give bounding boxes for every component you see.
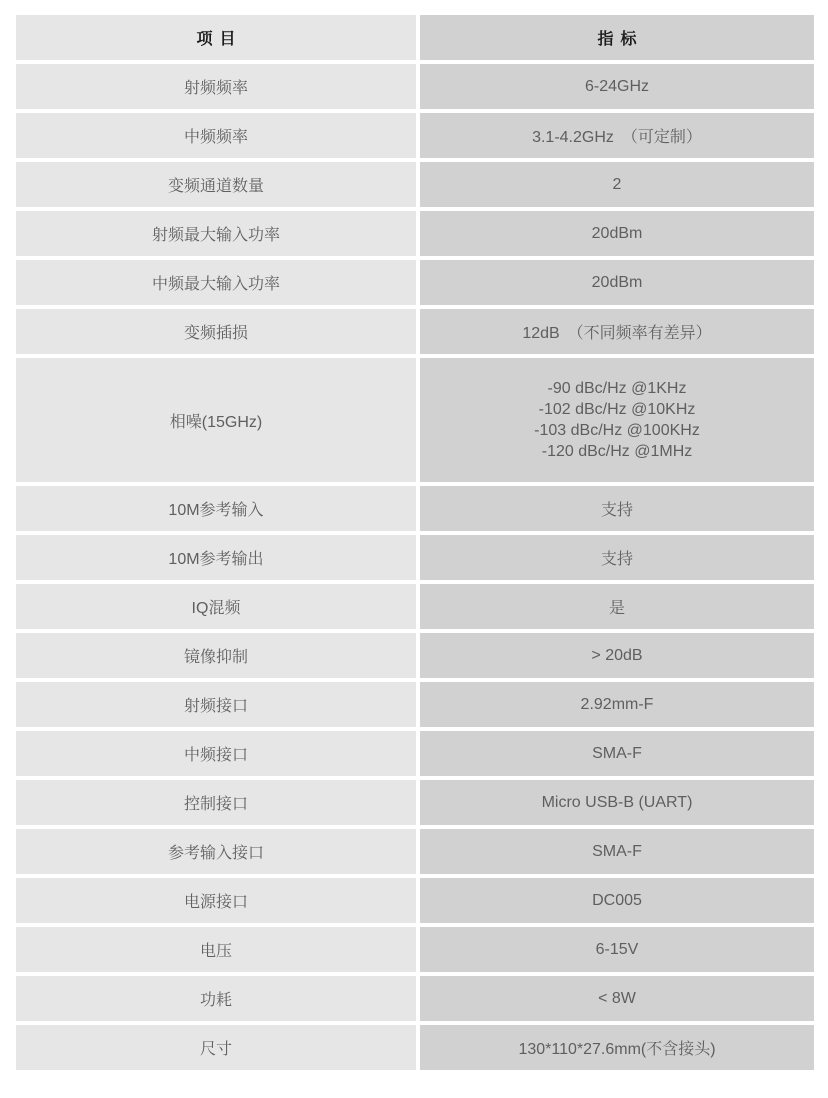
item-cell: 变频插损 [16, 309, 416, 354]
table-row: 射频接口2.92mm-F [16, 682, 814, 727]
item-cell: 中频接口 [16, 731, 416, 776]
table-row: 功耗< 8W [16, 976, 814, 1021]
value-cell: DC005 [420, 878, 814, 923]
item-cell: 中频最大输入功率 [16, 260, 416, 305]
table-row: 变频通道数量2 [16, 162, 814, 207]
value-cell: > 20dB [420, 633, 814, 678]
item-cell: 射频接口 [16, 682, 416, 727]
value-cell: 20dBm [420, 211, 814, 256]
value-cell: -90 dBc/Hz @1KHz-102 dBc/Hz @10KHz-103 d… [420, 358, 814, 482]
value-line: -103 dBc/Hz @100KHz [534, 420, 700, 441]
table-row: 参考输入接口SMA-F [16, 829, 814, 874]
value-cell: Micro USB-B (UART) [420, 780, 814, 825]
item-cell: 10M参考输出 [16, 535, 416, 580]
value-cell: 支持 [420, 535, 814, 580]
value-line: -102 dBc/Hz @10KHz [539, 399, 696, 420]
item-cell: 相噪(15GHz) [16, 358, 416, 482]
item-cell: 射频最大输入功率 [16, 211, 416, 256]
item-cell: 电压 [16, 927, 416, 972]
table-row: 相噪(15GHz)-90 dBc/Hz @1KHz-102 dBc/Hz @10… [16, 358, 814, 482]
table-row: 中频最大输入功率20dBm [16, 260, 814, 305]
table-row: 射频频率6-24GHz [16, 64, 814, 109]
table-row: 中频接口SMA-F [16, 731, 814, 776]
value-cell: 支持 [420, 486, 814, 531]
table-row: 镜像抑制> 20dB [16, 633, 814, 678]
header-spec-cell: 指标 [420, 15, 814, 60]
table-row: 变频插损12dB （不同频率有差异） [16, 309, 814, 354]
table-header-row: 项目 指标 [16, 15, 814, 60]
table-row: 控制接口Micro USB-B (UART) [16, 780, 814, 825]
table-row: 10M参考输入支持 [16, 486, 814, 531]
value-cell: 6-24GHz [420, 64, 814, 109]
table-row: 电源接口DC005 [16, 878, 814, 923]
value-cell: 12dB （不同频率有差异） [420, 309, 814, 354]
item-cell: 镜像抑制 [16, 633, 416, 678]
value-line: -90 dBc/Hz @1KHz [548, 378, 687, 399]
table-row: 中频频率3.1-4.2GHz （可定制） [16, 113, 814, 158]
item-cell: 尺寸 [16, 1025, 416, 1070]
item-cell: 电源接口 [16, 878, 416, 923]
value-line: -120 dBc/Hz @1MHz [542, 441, 693, 462]
value-cell: SMA-F [420, 731, 814, 776]
table-row: IQ混频是 [16, 584, 814, 629]
spec-sheet-page: 项目 指标 射频频率6-24GHz中频频率3.1-4.2GHz （可定制）变频通… [0, 0, 828, 1098]
value-cell: 20dBm [420, 260, 814, 305]
value-cell: SMA-F [420, 829, 814, 874]
value-cell: 2.92mm-F [420, 682, 814, 727]
item-cell: 10M参考输入 [16, 486, 416, 531]
item-cell: 控制接口 [16, 780, 416, 825]
value-cell: 2 [420, 162, 814, 207]
table-row: 射频最大输入功率20dBm [16, 211, 814, 256]
item-cell: IQ混频 [16, 584, 416, 629]
item-cell: 功耗 [16, 976, 416, 1021]
header-item-cell: 项目 [16, 15, 416, 60]
value-cell: 130*110*27.6mm(不含接头) [420, 1025, 814, 1070]
table-row: 尺寸130*110*27.6mm(不含接头) [16, 1025, 814, 1070]
table-row: 10M参考输出支持 [16, 535, 814, 580]
item-cell: 变频通道数量 [16, 162, 416, 207]
item-cell: 射频频率 [16, 64, 416, 109]
value-cell: 是 [420, 584, 814, 629]
value-cell: 6-15V [420, 927, 814, 972]
table-row: 电压6-15V [16, 927, 814, 972]
spec-table: 项目 指标 射频频率6-24GHz中频频率3.1-4.2GHz （可定制）变频通… [16, 15, 814, 1070]
value-cell: < 8W [420, 976, 814, 1021]
item-cell: 中频频率 [16, 113, 416, 158]
item-cell: 参考输入接口 [16, 829, 416, 874]
value-cell: 3.1-4.2GHz （可定制） [420, 113, 814, 158]
